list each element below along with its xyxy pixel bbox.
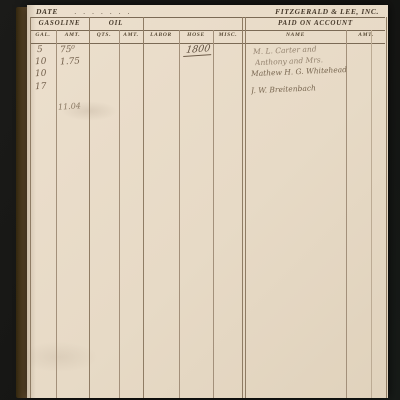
section-gasoline: GASOLINE <box>30 19 89 30</box>
handwritten-gal-entry: 5 <box>37 45 43 55</box>
date-dotted-line: ....... <box>74 7 136 16</box>
vrule-right-edge <box>386 17 387 398</box>
handwritten-hose-amount: 1800 <box>183 43 213 57</box>
vrule-qts-amt <box>119 30 120 398</box>
vrule-labor-hose <box>179 30 180 398</box>
col-header-gas-amt: AMT. <box>56 32 89 42</box>
vrule-misc-paid-outer <box>242 17 243 398</box>
col-header-hose: HOSE <box>179 32 213 42</box>
vrule-gasoline-oil <box>89 17 90 398</box>
vrule-misc-paid-inner <box>245 17 246 398</box>
vrule-hose-misc <box>213 30 214 398</box>
handwritten-amt-note: 11.04 <box>58 101 81 111</box>
handwritten-gal-entry: 10 <box>35 69 47 80</box>
handwritten-gal-entry: 10 <box>35 57 47 68</box>
rule-under-section-row <box>30 30 385 31</box>
col-header-qts: QTS. <box>89 32 119 42</box>
vrule-amt-cents <box>371 30 372 398</box>
col-header-name: NAME <box>245 32 346 42</box>
col-header-oil-amt: AMT. <box>119 32 143 42</box>
handwritten-name-line: J. W. Breitenbach <box>251 82 351 95</box>
col-header-paid-amt: AMT. <box>346 32 386 42</box>
scanned-ledger-photo: DATE ....... FITZGERALD & LEE, INC. GASO… <box>0 0 400 400</box>
date-label: DATE <box>36 7 58 16</box>
handwritten-name-line: Mathew H. G. Whitehead <box>251 65 351 78</box>
ledger-paper: DATE ....... FITZGERALD & LEE, INC. GASO… <box>27 5 388 398</box>
company-name: FITZGERALD & LEE, INC. <box>275 7 379 16</box>
top-header-row: DATE ....... FITZGERALD & LEE, INC. <box>36 7 379 17</box>
vrule-gal-amt <box>56 30 57 398</box>
handwritten-gal-entry: 17 <box>35 82 47 93</box>
col-header-labor: LABOR <box>143 32 179 42</box>
col-header-gal: GAL. <box>30 32 56 42</box>
handwritten-amt-entry: 75⁰ <box>60 45 76 56</box>
rule-under-top-row <box>30 17 385 18</box>
vrule-left-edge <box>30 17 31 398</box>
section-paid-on-account: PAID ON ACCOUNT <box>245 19 386 30</box>
col-header-misc: MISC. <box>213 32 243 42</box>
section-oil: OIL <box>89 19 143 30</box>
vrule-oil-labor <box>143 17 144 398</box>
handwritten-amt-entry: 1.75 <box>60 56 81 67</box>
